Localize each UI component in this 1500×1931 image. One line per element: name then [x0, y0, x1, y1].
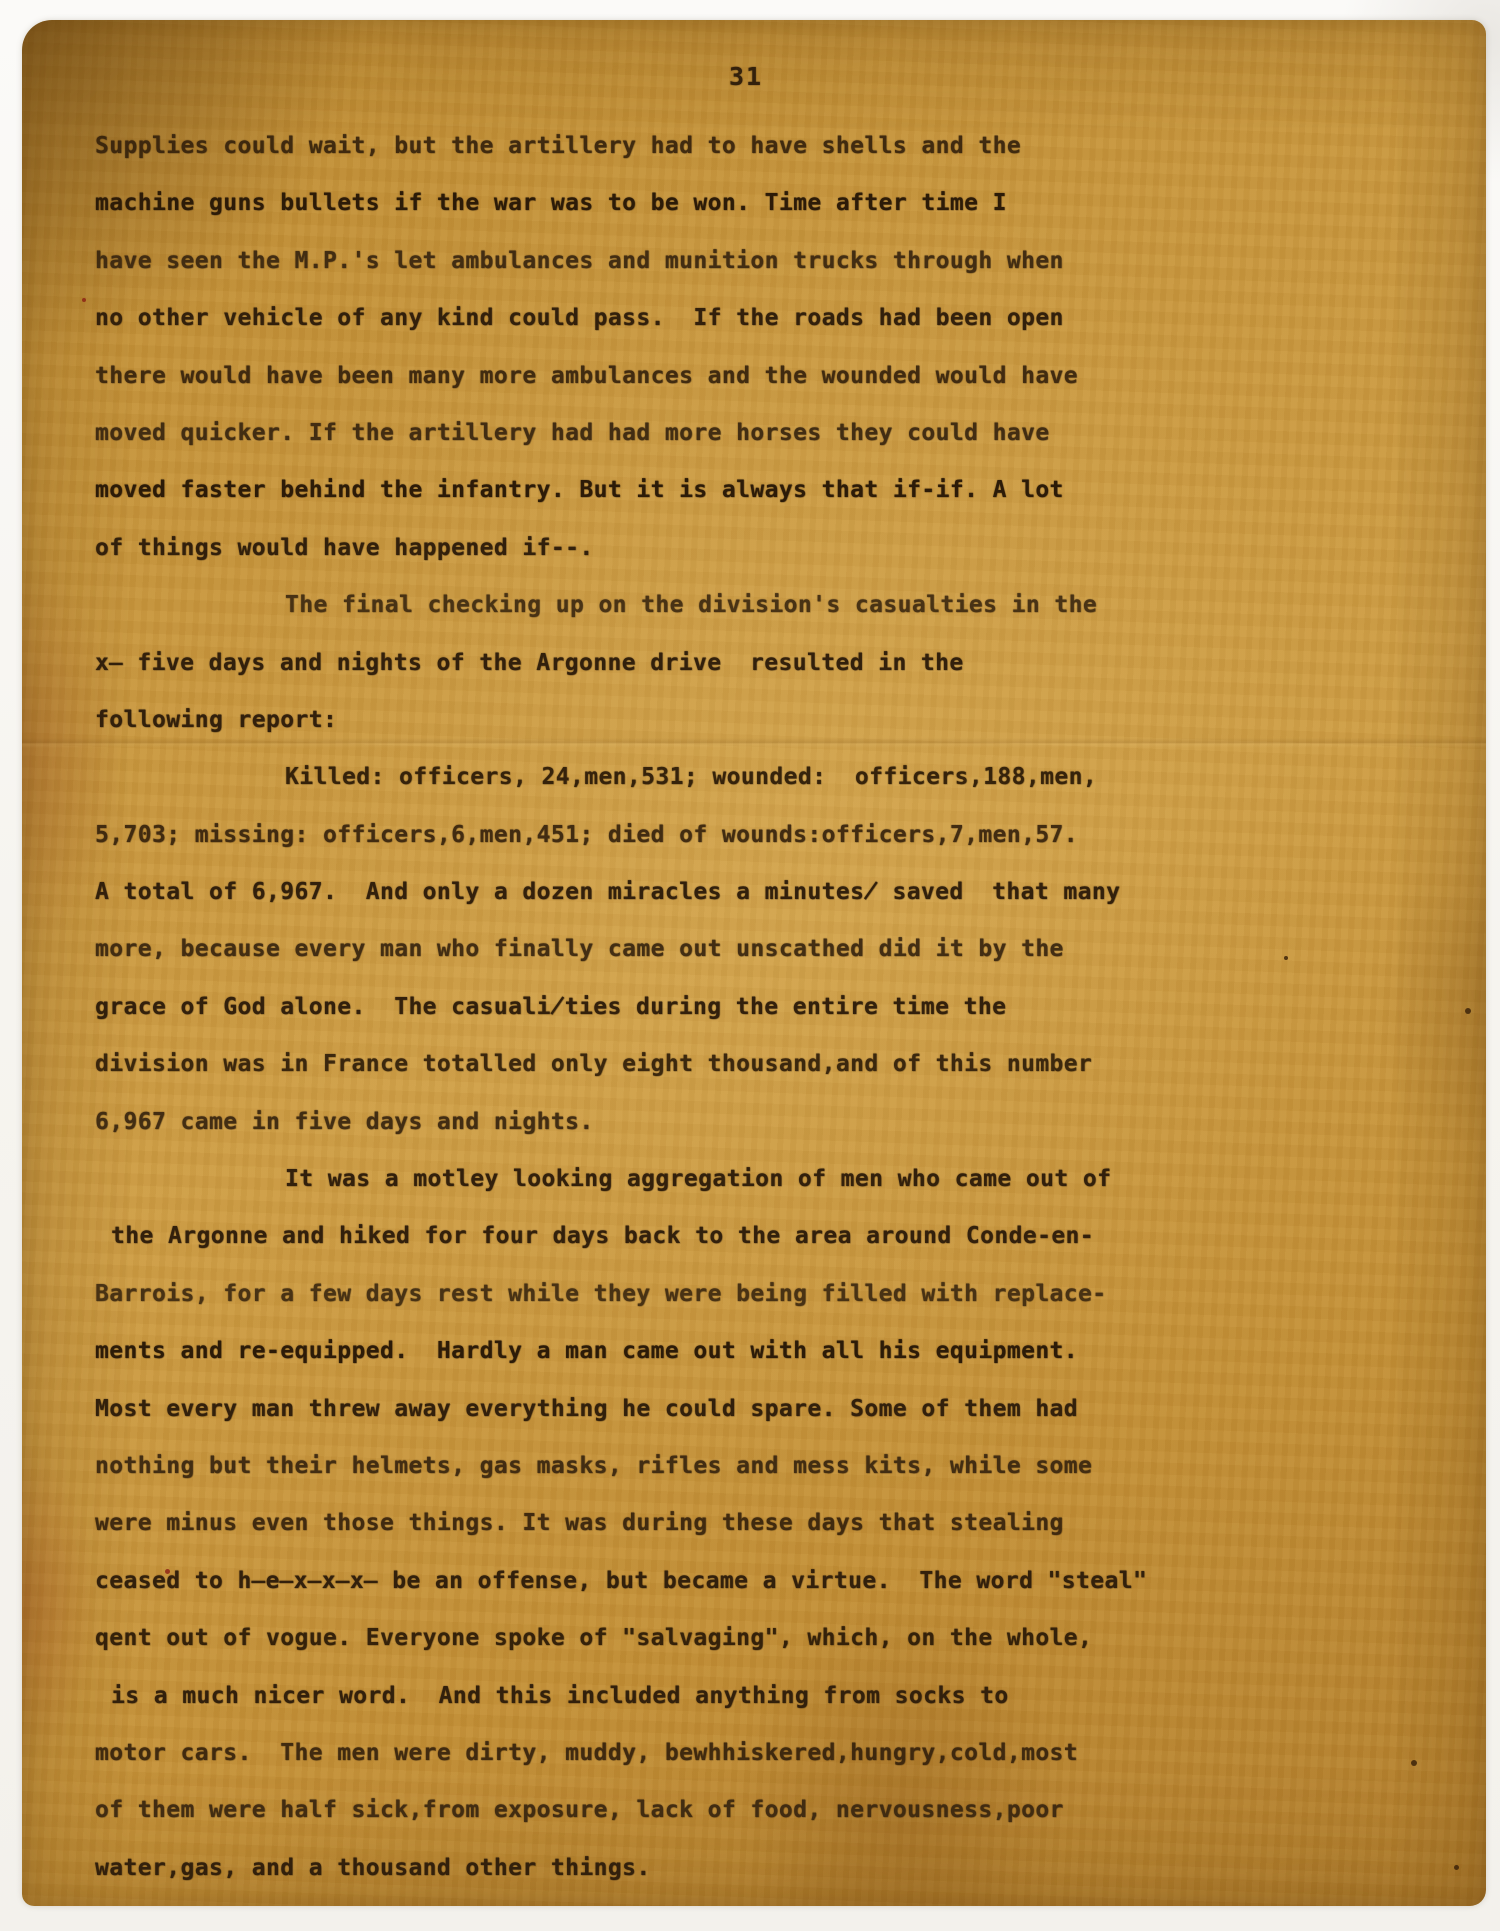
text-line: more, because every man who finally came…: [95, 921, 1165, 978]
paper-speck: [1411, 1760, 1417, 1766]
text-line: x̶ five days and nights of the Argonne d…: [95, 635, 1165, 692]
typewritten-text: Supplies could wait, but the artillery h…: [95, 118, 1165, 1897]
text-line: Killed: officers, 24,men,531; wounded: o…: [95, 749, 1165, 806]
text-line: motor cars. The men were dirty, muddy, b…: [95, 1725, 1165, 1782]
text-line: is a much nicer word. And this included …: [95, 1668, 1165, 1725]
paper-speck: [82, 298, 86, 302]
paper-speck: [1284, 956, 1288, 960]
text-line: there would have been many more ambulanc…: [95, 348, 1165, 405]
text-line: Supplies could wait, but the artillery h…: [95, 118, 1165, 175]
text-line: ments and re-equipped. Hardly a man came…: [95, 1323, 1165, 1380]
paper-speck: [165, 1569, 170, 1574]
text-line: moved quicker. If the artillery had had …: [95, 405, 1165, 462]
text-line: of them were half sick,from exposure, la…: [95, 1782, 1165, 1839]
text-line: Most every man threw away everything he …: [95, 1381, 1165, 1438]
text-line: following report:: [95, 692, 1165, 749]
text-line: nothing but their helmets, gas masks, ri…: [95, 1438, 1165, 1495]
text-line: grace of God alone. The casuali̸ties dur…: [95, 979, 1165, 1036]
page-number: 31: [14, 62, 1478, 91]
text-line: It was a motley looking aggregation of m…: [95, 1151, 1165, 1208]
text-line: 5,703; missing: officers,6,men,451; died…: [95, 807, 1165, 864]
paper-speck: [1465, 1008, 1471, 1014]
text-line: ceased to h̶e̶x̶x̶x̶ be an offense, but …: [95, 1553, 1165, 1610]
text-line: of things would have happened if--.: [95, 520, 1165, 577]
text-line: the Argonne and hiked for four days back…: [95, 1208, 1165, 1265]
text-line: 6,967 came in five days and nights.: [95, 1094, 1165, 1151]
text-line: division was in France totalled only eig…: [95, 1036, 1165, 1093]
typewritten-page: 31 Supplies could wait, but the artiller…: [22, 20, 1486, 1906]
text-line: machine guns bullets if the war was to b…: [95, 175, 1165, 232]
text-line: A total of 6,967. And only a dozen mirac…: [95, 864, 1165, 921]
text-line: The final checking up on the division's …: [95, 577, 1165, 634]
text-line: have seen the M.P.'s let ambulances and …: [95, 233, 1165, 290]
text-line: Barrois, for a few days rest while they …: [95, 1266, 1165, 1323]
text-line: moved faster behind the infantry. But it…: [95, 462, 1165, 519]
text-line: no other vehicle of any kind could pass.…: [95, 290, 1165, 347]
text-line: qent out of vogue. Everyone spoke of "sa…: [95, 1610, 1165, 1667]
paper-speck: [1454, 1865, 1459, 1870]
text-line: water,gas, and a thousand other things.: [95, 1840, 1165, 1897]
text-line: were minus even those things. It was dur…: [95, 1495, 1165, 1552]
